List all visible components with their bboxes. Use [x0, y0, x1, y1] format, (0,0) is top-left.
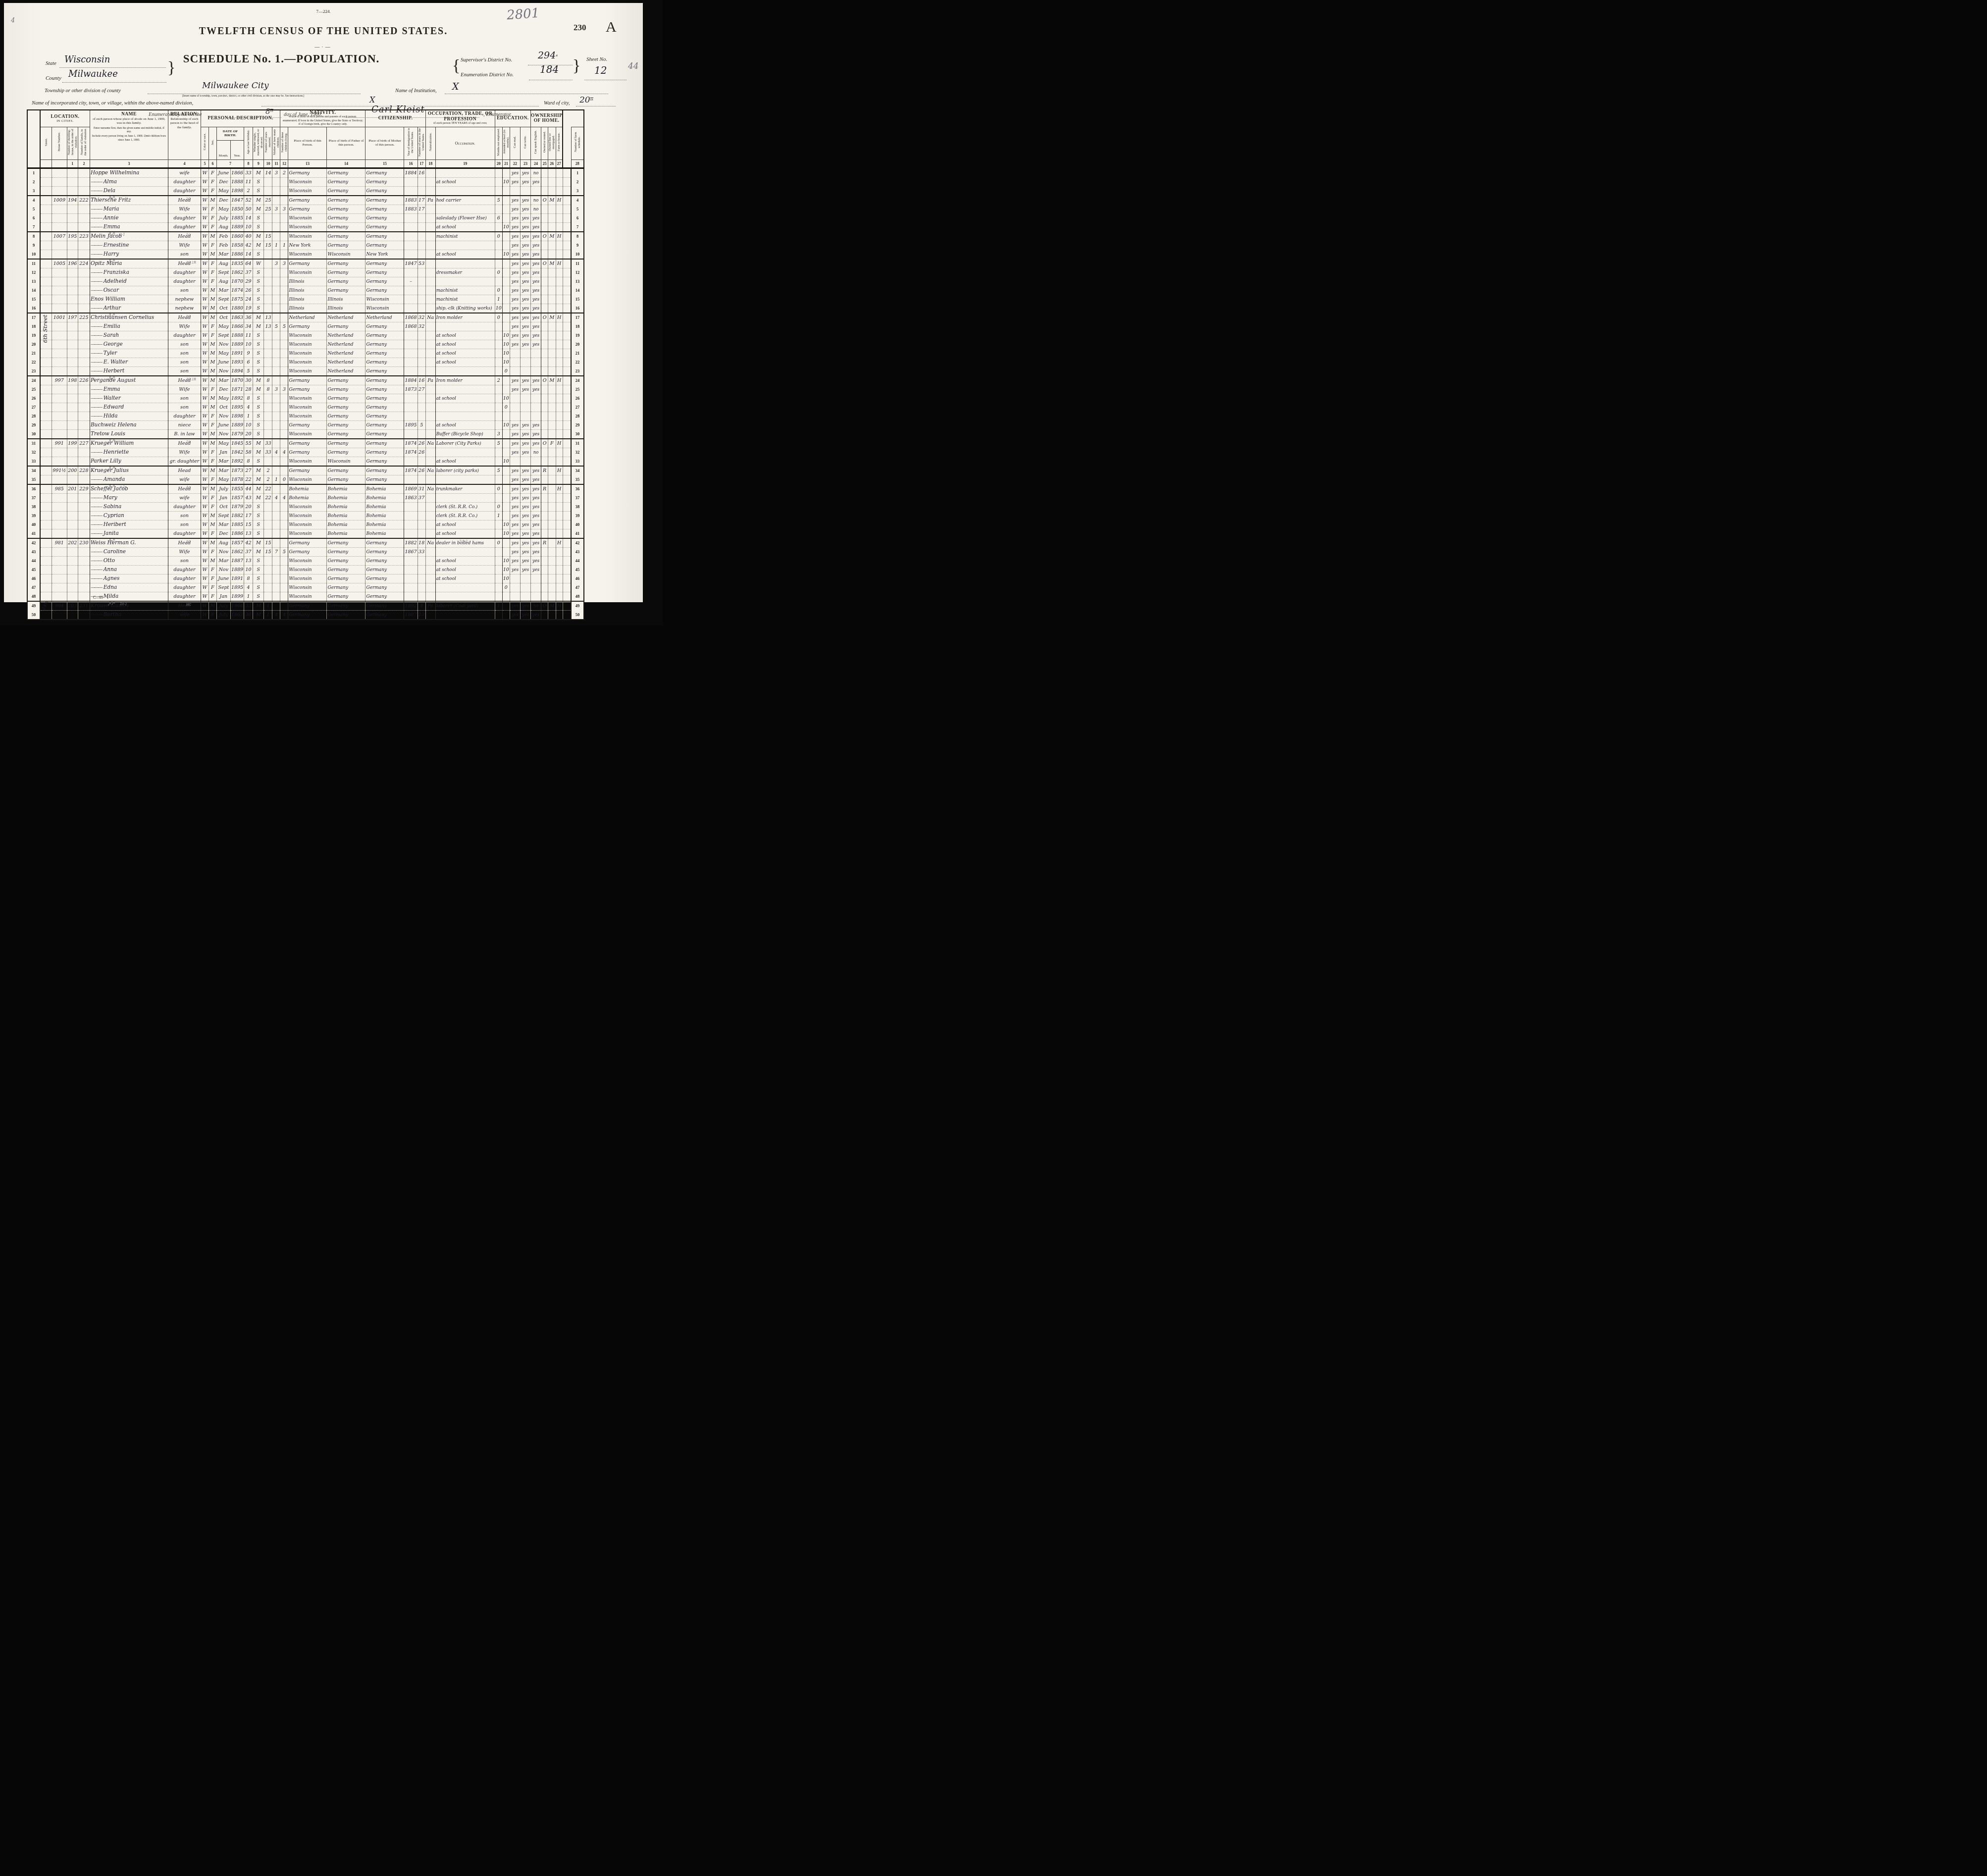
cell-school-months: 10 [502, 222, 510, 232]
cell-color: W [201, 475, 209, 484]
cell-color: W [201, 331, 209, 340]
cell-mortgage [548, 385, 556, 394]
cell-mother-birthplace: Germany [366, 547, 404, 556]
cell-owned [541, 574, 548, 583]
cell-owned: R [541, 466, 548, 475]
cell-mother-of [272, 484, 280, 494]
cell-years-in-us [418, 366, 425, 376]
cell-children-living: 1 [280, 241, 288, 250]
table-row: 30Tretow LouisB. in lawWMNov187920SWisco… [27, 429, 584, 439]
cell-years-in-us: 26 [418, 439, 425, 448]
cell-marital: M [253, 196, 264, 205]
cell-street [40, 222, 52, 232]
cell-relation: son [168, 340, 201, 349]
cell-months-not-employed [495, 529, 502, 538]
cell-dwelling [67, 502, 78, 511]
cell-dwelling [67, 358, 78, 366]
cell-sex: F [209, 529, 216, 538]
cell-family: 228 [78, 466, 90, 475]
cell-owned [541, 457, 548, 466]
cell-sex: M [209, 439, 216, 448]
cell-can-write: yes [521, 205, 531, 213]
col-naturalization: Naturalization. [425, 127, 435, 159]
cell-year: 1889 [230, 420, 244, 429]
cell-father-birthplace: Germany [327, 592, 366, 601]
cell-owned [541, 250, 548, 259]
cell-farm-house [556, 412, 563, 420]
cell-can-speak: yes [531, 322, 541, 331]
cell-immigration-year [404, 556, 418, 565]
col-can-write: Can write. [521, 127, 531, 159]
cell-mortgage [548, 475, 556, 484]
cell-father-birthplace: Germany [327, 448, 366, 457]
cell-years-married [264, 412, 272, 420]
cell-age: 10 [244, 565, 253, 574]
cell-rowno: 1 [27, 168, 40, 177]
cell-mortgage [548, 366, 556, 376]
cell-rownoR: 49 [571, 601, 584, 611]
cell-sex: F [209, 259, 216, 268]
cell-naturalization [425, 358, 435, 366]
cell-can-read: yes [510, 340, 521, 349]
cell-house: 1001 [52, 313, 67, 322]
cell-can-write [521, 574, 531, 583]
cell-street [40, 394, 52, 403]
cell-dwelling [67, 412, 78, 420]
group-relation: RELATION. Relationship of each person to… [168, 110, 201, 159]
cell-mortgage [548, 583, 556, 592]
cell-age: 37 [244, 268, 253, 277]
cell-naturalization: Na [425, 439, 435, 448]
cell-family [78, 448, 90, 457]
cell-birthplace: Germany [288, 420, 327, 429]
cell-house [52, 556, 67, 565]
cell-naturalization [425, 457, 435, 466]
cell-name: Parker Lilly [90, 457, 168, 466]
cell-age: 20 [244, 502, 253, 511]
cell-mortgage: M [548, 601, 556, 611]
cell-color: W [201, 286, 209, 295]
cell-owned: O [541, 439, 548, 448]
cell-mother-birthplace: Germany [366, 177, 404, 186]
cell-children-living [280, 529, 288, 538]
cell-birthplace: Wisconsin [288, 403, 327, 412]
cell-year: 1842 [230, 448, 244, 457]
cell-mother-of [272, 529, 280, 538]
cell-father-birthplace: Germany [327, 394, 366, 403]
cell-can-write: yes [521, 331, 531, 340]
table-row: 39——— CypriansonWMSept188217SWisconsinBo… [27, 511, 584, 520]
cell-dwelling: 194 [67, 196, 78, 205]
cell-year: 1873 [230, 466, 244, 475]
cell-year: 1892 [230, 394, 244, 403]
cell-month: Mar [216, 376, 230, 385]
cell-occupation [435, 186, 495, 196]
cell-children-living [280, 466, 288, 475]
cell-mother-of [272, 592, 280, 601]
cell-mother-birthplace: Wisconsin [366, 295, 404, 304]
cell-owned [541, 547, 548, 556]
cell-marital: M [253, 241, 264, 250]
cell-can-speak: yes [531, 304, 541, 313]
cell-name: ——— Caroline [90, 547, 168, 556]
cell-color: W [201, 186, 209, 196]
cell-occupation: clerk (St. R.R. Co.) [435, 511, 495, 520]
cell-farm-sched [563, 484, 571, 494]
ed-value: 184 [540, 63, 559, 75]
cell-can-read: yes [510, 277, 521, 286]
cell-can-speak: yes [531, 439, 541, 448]
cell-immigration-year: 1867 [404, 547, 418, 556]
cell-family: 229 [78, 484, 90, 494]
cell-mortgage: M [548, 232, 556, 241]
col-owned-free-mortgaged: Owned free or mortgaged. [548, 127, 556, 159]
cell-mother-of [272, 222, 280, 232]
cell-occupation: trunkmaker [435, 484, 495, 494]
cell-house: 984 [52, 601, 67, 611]
cell-birthplace: Wisconsin [288, 232, 327, 241]
cell-years-in-us [418, 331, 425, 340]
cell-occupation: hod carrier [435, 196, 495, 205]
cell-years-married: 14 [264, 168, 272, 177]
cell-can-write [521, 349, 531, 358]
cell-can-speak: yes [531, 376, 541, 385]
cell-rownoR: 21 [571, 349, 584, 358]
cell-farm-sched [563, 349, 571, 358]
cell-birthplace: Wisconsin [288, 177, 327, 186]
cell-can-write: yes [521, 520, 531, 529]
table-row: 41——— JanitadaughterWFDec188613SWisconsi… [27, 529, 584, 538]
cell-year: 1847 [230, 196, 244, 205]
cell-color: W [201, 322, 209, 331]
cell-house [52, 304, 67, 313]
cell-mortgage [548, 574, 556, 583]
cell-naturalization: Na [425, 466, 435, 475]
cell-children-living [280, 366, 288, 376]
cell-school-months: 10 [502, 340, 510, 349]
cell-father-birthplace: Germany [327, 205, 366, 213]
cell-relation: daughter [168, 529, 201, 538]
cell-dwelling [67, 286, 78, 295]
cell-year: 1878 [230, 475, 244, 484]
cell-school-months [502, 232, 510, 241]
cell-farm-sched [563, 529, 571, 538]
cell-birthplace: Germany [288, 196, 327, 205]
cell-age: 30 [244, 376, 253, 385]
cell-name: ——— Emilia [90, 322, 168, 331]
cell-immigration-year: – [404, 277, 418, 286]
cell-occupation: at school [435, 574, 495, 583]
cell-school-months [502, 322, 510, 331]
cell-months-not-employed [495, 366, 502, 376]
cell-house [52, 205, 67, 213]
cell-rownoR: 3 [571, 186, 584, 196]
cell-marital: M [253, 493, 264, 502]
cell-years-married [264, 286, 272, 295]
cell-naturalization [425, 295, 435, 304]
col-years-married: Number of years married. [264, 127, 272, 159]
cell-birthplace: Germany [288, 448, 327, 457]
cell-rowno: 47 [27, 583, 40, 592]
cell-age: 40 [244, 232, 253, 241]
cell-mortgage [548, 493, 556, 502]
cell-children-living: 3 [280, 385, 288, 394]
cell-color: W [201, 439, 209, 448]
cell-relation: son [168, 520, 201, 529]
cell-years-married [264, 250, 272, 259]
cell-marital: S [253, 420, 264, 429]
cell-immigration-year [404, 565, 418, 574]
cell-birthplace: Wisconsin [288, 412, 327, 420]
cell-immigration-year [404, 340, 418, 349]
cell-occupation [435, 403, 495, 412]
cell-farm-sched [563, 304, 571, 313]
cell-street [40, 502, 52, 511]
cell-color: W [201, 420, 209, 429]
cell-can-write: yes [521, 222, 531, 232]
cell-dwelling: 197 [67, 313, 78, 322]
cell-mortgage [548, 610, 556, 620]
table-row: 20——— GeorgesonWMNov188910SWisconsinNeth… [27, 340, 584, 349]
cell-immigration-year [404, 475, 418, 484]
cell-rowno: 31 [27, 439, 40, 448]
cell-years-in-us [418, 286, 425, 295]
cell-years-in-us [418, 304, 425, 313]
cell-immigration-year: 1874 [404, 466, 418, 475]
cell-sex: F [209, 385, 216, 394]
cell-years-married [264, 565, 272, 574]
cell-age: 58 [244, 448, 253, 457]
cell-birthplace: Wisconsin [288, 556, 327, 565]
cell-color: W [201, 601, 209, 611]
cell-sex: F [209, 493, 216, 502]
cell-month: Mar [216, 466, 230, 475]
cell-birthplace: Wisconsin [288, 520, 327, 529]
cell-can-speak: yes [531, 268, 541, 277]
cell-months-not-employed: 5 [495, 439, 502, 448]
cell-father-birthplace: Germany [327, 277, 366, 286]
cell-street [40, 420, 52, 429]
cell-house [52, 529, 67, 538]
cell-occupation: at school [435, 529, 495, 538]
cell-children-living [280, 186, 288, 196]
cell-year: 1886 [230, 529, 244, 538]
cell-farm-house [556, 277, 563, 286]
cell-mortgage: M [548, 313, 556, 322]
pencil-name-code: 6-1 [120, 484, 125, 491]
cell-years-in-us: 31 [418, 484, 425, 494]
cell-years-married: 2 [264, 466, 272, 475]
cell-rownoR: 41 [571, 529, 584, 538]
cell-age: 1 [244, 412, 253, 420]
cell-months-not-employed [495, 493, 502, 502]
cell-dwelling: 199 [67, 439, 78, 448]
cell-naturalization [425, 340, 435, 349]
cell-name: ——— Anna [90, 565, 168, 574]
cell-years-married [264, 457, 272, 466]
cell-month: Mar [216, 457, 230, 466]
cell-house [52, 547, 67, 556]
cell-birthplace: Wisconsin [288, 475, 327, 484]
cell-can-read: yes [510, 502, 521, 511]
cell-year: 1850 [230, 205, 244, 213]
pencil-relation-code: 5C [186, 313, 191, 320]
cell-years-in-us: 18 [418, 538, 425, 548]
cell-street [40, 448, 52, 457]
cell-owned [541, 511, 548, 520]
cell-family [78, 268, 90, 277]
cell-owned [541, 213, 548, 222]
cell-farm-sched [563, 565, 571, 574]
cell-naturalization [425, 448, 435, 457]
col-owned-rented: Owned or rented. [541, 127, 548, 159]
cell-mortgage [548, 520, 556, 529]
cell-sex: M [209, 366, 216, 376]
cell-occupation: at school [435, 222, 495, 232]
cell-marital: W [253, 259, 264, 268]
cell-immigration-year: 1873 [404, 385, 418, 394]
cell-mortgage [548, 592, 556, 601]
cell-house [52, 331, 67, 340]
table-row: 45——— AnnadaughterWFNov188910SWisconsinG… [27, 565, 584, 574]
state-county-brace: } [167, 58, 175, 77]
cell-months-not-employed: 0 [495, 484, 502, 494]
township-note: [Insert name of township, town, precinct… [182, 95, 304, 98]
cell-can-write: yes [521, 213, 531, 222]
cell-sex: F [209, 186, 216, 196]
cell-months-not-employed [495, 322, 502, 331]
cell-naturalization [425, 222, 435, 232]
cell-name: ——— Amanda [90, 475, 168, 484]
col-years-in-us: Number of years in the United States. [418, 127, 425, 159]
cell-can-read: yes [510, 475, 521, 484]
cell-street [40, 366, 52, 376]
cell-rownoR: 25 [571, 385, 584, 394]
cell-mortgage [548, 556, 556, 565]
cell-farm-house [556, 420, 563, 429]
cell-birthplace: Wisconsin [288, 457, 327, 466]
cell-can-read: yes [510, 322, 521, 331]
cell-mother-birthplace: Germany [366, 277, 404, 286]
cell-name: ——— E. Walter [90, 358, 168, 366]
cell-children-living [280, 429, 288, 439]
cell-farm-sched [563, 232, 571, 241]
cell-dwelling [67, 205, 78, 213]
cell-color: W [201, 538, 209, 548]
cell-color: W [201, 349, 209, 358]
cell-can-write: yes [521, 313, 531, 322]
census-sheet: 4 7—224. 2801 230 A TWELFTH CENSUS OF TH… [4, 3, 643, 602]
cell-marital: M [253, 610, 264, 620]
cell-relation: B. in law [168, 429, 201, 439]
cell-years-in-us [418, 511, 425, 520]
cell-mortgage [548, 538, 556, 548]
cell-rownoR: 4 [571, 196, 584, 205]
cell-father-birthplace: Germany [327, 385, 366, 394]
cell-birthplace: Wisconsin [288, 349, 327, 358]
cell-years-in-us [418, 186, 425, 196]
cell-months-not-employed [495, 349, 502, 358]
cell-sex: F [209, 268, 216, 277]
schedule-title: SCHEDULE No. 1.—POPULATION. [93, 52, 470, 65]
cell-months-not-employed [495, 205, 502, 213]
cell-family [78, 394, 90, 403]
cell-dwelling [67, 429, 78, 439]
cell-rownoR: 42 [571, 538, 584, 548]
cell-mother-birthplace: Bohemia [366, 484, 404, 494]
table-row: 48——— MildadaughterWFJan18991SWisconsinG… [27, 592, 584, 601]
cell-marital: M [253, 385, 264, 394]
cell-dwelling: 203 [67, 601, 78, 611]
cell-month: Aug [216, 277, 230, 286]
cell-dwelling: 202 [67, 538, 78, 548]
cell-can-write: yes [521, 556, 531, 565]
cell-color: W [201, 313, 209, 322]
cell-father-birthplace: Germany [327, 439, 366, 448]
cell-family [78, 331, 90, 340]
cell-age: 10 [244, 340, 253, 349]
cell-dwelling [67, 529, 78, 538]
cell-can-write: yes [521, 241, 531, 250]
cell-street [40, 177, 52, 186]
cell-school-months [502, 448, 510, 457]
cell-house [52, 177, 67, 186]
cell-farm-house [556, 250, 563, 259]
cell-school-months [502, 304, 510, 313]
cell-color: W [201, 168, 209, 177]
cell-family [78, 457, 90, 466]
cell-school-months: 10 [502, 331, 510, 340]
cell-marital: S [253, 412, 264, 420]
cell-marital: S [253, 520, 264, 529]
form-number: 7—224. [4, 9, 643, 14]
cell-can-read [510, 583, 521, 592]
table-row: 34991½200228Krueger Julius✗✗HeadWMMar187… [27, 466, 584, 475]
cell-rowno: 5 [27, 205, 40, 213]
cell-years-in-us: 13 [418, 610, 425, 620]
cell-house [52, 186, 67, 196]
cell-naturalization [425, 420, 435, 429]
cell-relation: daughter [168, 592, 201, 601]
cell-school-months: 10 [502, 457, 510, 466]
cell-sex: M [209, 556, 216, 565]
cell-owned [541, 420, 548, 429]
cell-naturalization [425, 385, 435, 394]
cell-children-living [280, 286, 288, 295]
cell-rownoR: 28 [571, 412, 584, 420]
cell-months-not-employed [495, 259, 502, 268]
cell-farm-house [556, 268, 563, 277]
cell-rownoR: 50 [571, 610, 584, 620]
cell-mother-birthplace: Germany [366, 196, 404, 205]
group-nativity: NATIVITY.Place of birth of each person a… [280, 110, 366, 127]
table-row: 28——— HildadaughterWFNov18981SWisconsinG… [27, 412, 584, 420]
cell-occupation [435, 385, 495, 394]
cell-farm-house [556, 448, 563, 457]
cell-mother-of [272, 295, 280, 304]
cell-occupation [435, 205, 495, 213]
cell-rowno: 15 [27, 295, 40, 304]
cell-years-in-us: 32 [418, 313, 425, 322]
cell-birthplace: Germany [288, 205, 327, 213]
cell-marital: M [253, 601, 264, 611]
cell-rowno: 34 [27, 466, 40, 475]
table-row: 50——— BerthawifeWFJuly186336M144GermanyG… [27, 610, 584, 620]
cell-occupation: at school [435, 331, 495, 340]
cell-mother-of [272, 349, 280, 358]
table-row: 47——— EdnadaughterWFSept18954SWisconsinG… [27, 583, 584, 592]
cell-father-birthplace: Germany [327, 538, 366, 548]
